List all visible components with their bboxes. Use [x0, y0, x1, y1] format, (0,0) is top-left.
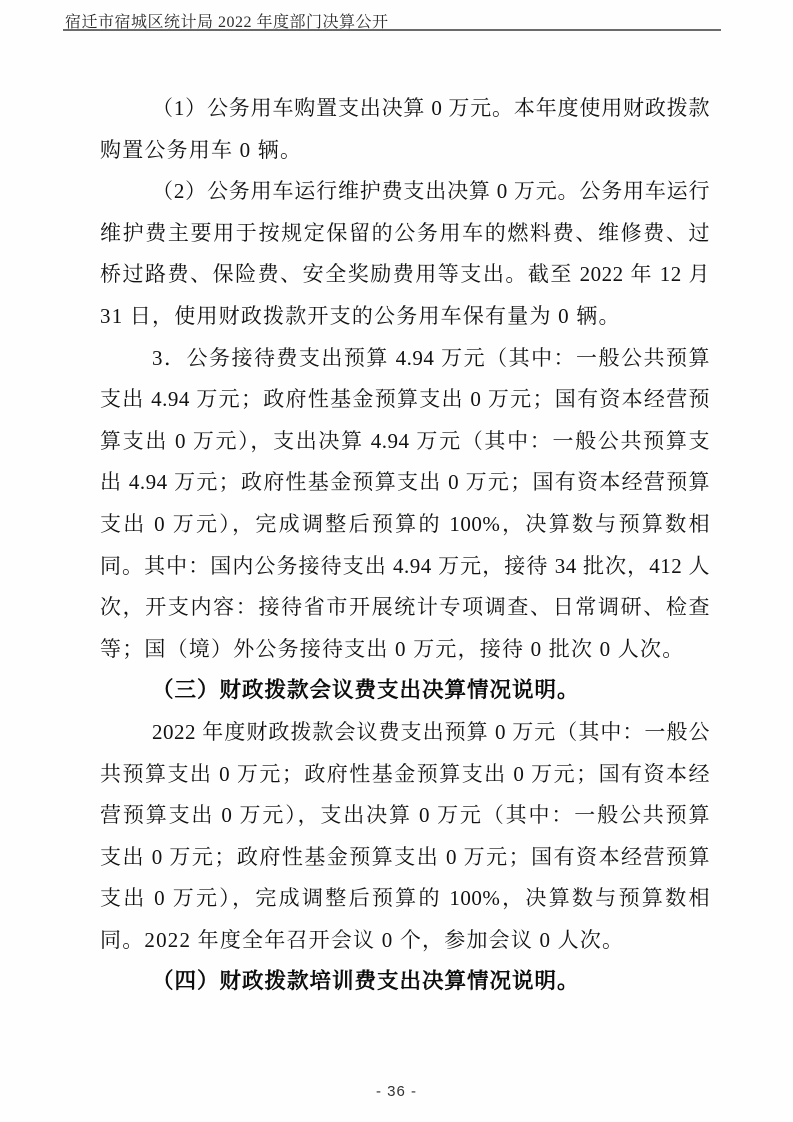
page-header: 宿迁市宿城区统计局 2022 年度部门决算公开	[0, 0, 793, 34]
text-line: 营预算支出 0 万元），支出决算 0 万元（其中：一般公共预算	[100, 795, 710, 837]
text-line: 31 日，使用财政拨款开支的公务用车保有量为 0 辆。	[100, 296, 710, 338]
text-line: 桥过路费、保险费、安全奖励费用等支出。截至 2022 年 12 月	[100, 254, 710, 296]
text-line: 3．公务接待费支出预算 4.94 万元（其中：一般公共预算	[100, 338, 710, 380]
text-line: 算支出 0 万元），支出决算 4.94 万元（其中：一般公共预算支	[100, 421, 710, 463]
page-number: - 36 -	[376, 1083, 417, 1100]
text-line: 支出 0 万元），完成调整后预算的 100%，决算数与预算数相	[100, 504, 710, 546]
document-body: （1）公务用车购置支出决算 0 万元。本年度使用财政拨款 购置公务用车 0 辆。…	[100, 88, 710, 1003]
text-line: 同。其中：国内公务接待支出 4.94 万元，接待 34 批次，412 人	[100, 546, 710, 588]
text-line: 共预算支出 0 万元；政府性基金预算支出 0 万元；国有资本经	[100, 754, 710, 796]
text-line: 维护费主要用于按规定保留的公务用车的燃料费、维修费、过	[100, 213, 710, 255]
text-line: 支出 4.94 万元；政府性基金预算支出 0 万元；国有资本经营预	[100, 379, 710, 421]
text-line: 等；国（境）外公务接待支出 0 万元，接待 0 批次 0 人次。	[100, 629, 710, 671]
text-line: （2）公务用车运行维护费支出决算 0 万元。公务用车运行	[100, 171, 710, 213]
header-rule	[63, 29, 721, 31]
text-line: 同。2022 年度全年召开会议 0 个，参加会议 0 人次。	[100, 920, 710, 962]
text-line: 支出 0 万元），完成调整后预算的 100%，决算数与预算数相	[100, 878, 710, 920]
document-page: 宿迁市宿城区统计局 2022 年度部门决算公开 （1）公务用车购置支出决算 0 …	[0, 0, 793, 1122]
text-line: 2022 年度财政拨款会议费支出预算 0 万元（其中：一般公	[100, 712, 710, 754]
text-line: 购置公务用车 0 辆。	[100, 130, 710, 172]
section-heading: （四）财政拨款培训费支出决算情况说明。	[100, 961, 710, 1003]
text-line: 次，开支内容：接待省市开展统计专项调查、日常调研、检查	[100, 587, 710, 629]
page-footer: - 36 -	[0, 1083, 793, 1101]
text-line: 支出 0 万元；政府性基金预算支出 0 万元；国有资本经营预算	[100, 837, 710, 879]
text-line: 出 4.94 万元；政府性基金预算支出 0 万元；国有资本经营预算	[100, 462, 710, 504]
text-line: （1）公务用车购置支出决算 0 万元。本年度使用财政拨款	[100, 88, 710, 130]
section-heading: （三）财政拨款会议费支出决算情况说明。	[100, 670, 710, 712]
